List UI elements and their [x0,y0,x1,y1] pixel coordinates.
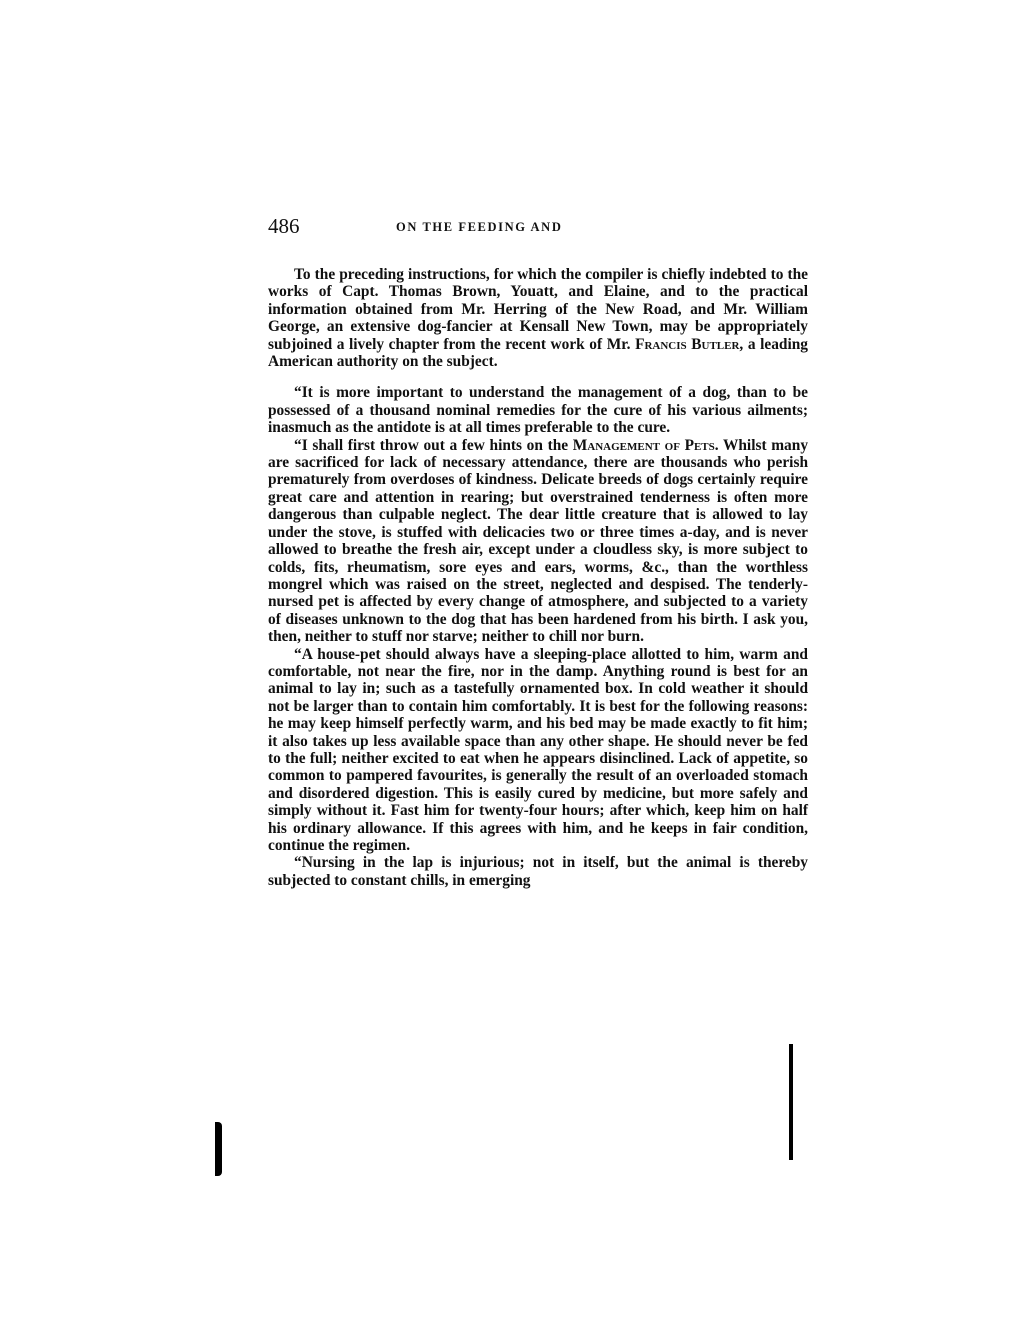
scan-edge-mark-left [215,1122,222,1176]
scan-edge-mark-right [789,1044,793,1160]
paragraph-quote-3: “A house-pet should always have a sleepi… [268,646,808,855]
paragraph-quote-4: “Nursing in the lap is injurious; not in… [268,854,808,889]
author-name: Francis Butler [635,336,739,353]
running-head: ON THE FEEDING AND [396,220,562,235]
paragraph-intro: To the preceding instructions, for which… [268,266,808,370]
paragraph-text: . Whilst many are sacrificed for lack of… [268,437,808,645]
paragraph-quote-2: “I shall first throw out a few hints on … [268,437,808,646]
section-term: Management of Pets [573,437,715,454]
book-page: 486 ON THE FEEDING AND To the preceding … [268,214,808,244]
page-body: To the preceding instructions, for which… [268,266,808,889]
page-header: 486 ON THE FEEDING AND [268,214,808,244]
paragraph-text: “I shall first throw out a few hints on … [294,437,573,454]
page-number: 486 [268,214,300,239]
paragraph-quote-1: “It is more important to understand the … [268,384,808,436]
